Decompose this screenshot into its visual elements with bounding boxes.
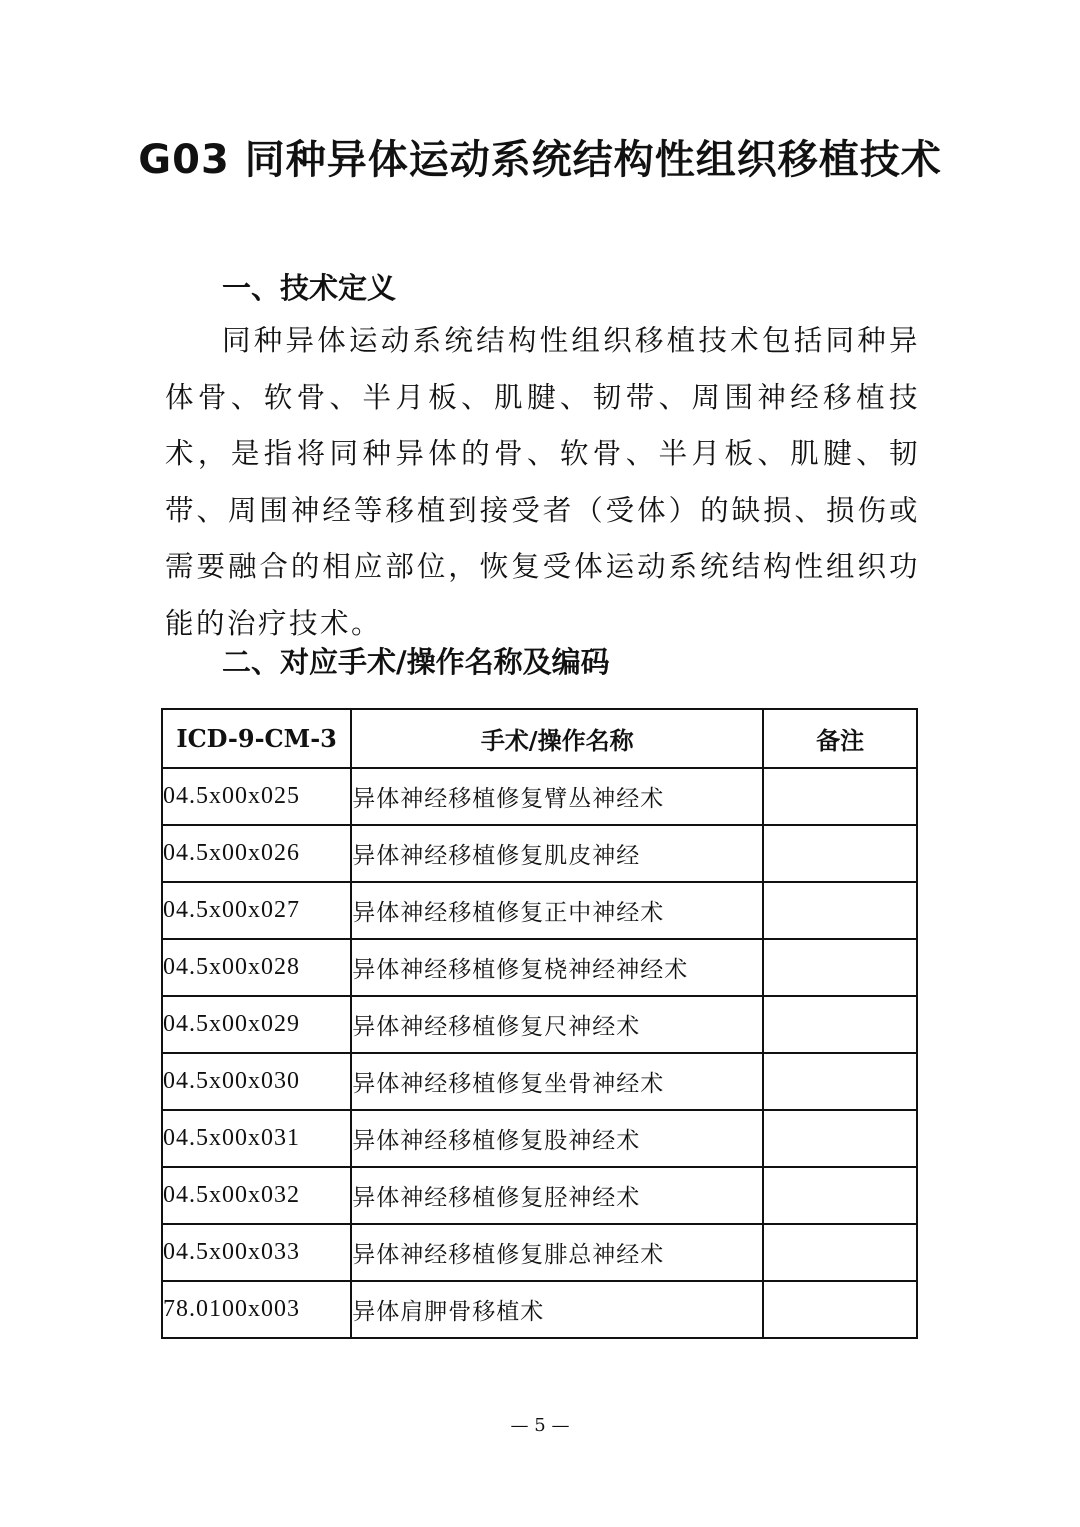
note-cell [763,882,917,939]
procedure-code-table: ICD-9-CM-3 手术/操作名称 备注 04.5x00x025 异体神经移植… [161,708,918,1339]
name-cell: 异体神经移植修复正中神经术 [351,882,763,939]
name-cell: 异体神经移植修复尺神经术 [351,996,763,1053]
column-header-note: 备注 [763,709,917,768]
document-title: G03 同种异体运动系统结构性组织移植技术 [0,128,1080,185]
code-cell: 04.5x00x031 [162,1110,351,1167]
code-cell: 04.5x00x032 [162,1167,351,1224]
table-row: 04.5x00x030 异体神经移植修复坐骨神经术 [162,1053,917,1110]
note-cell [763,768,917,825]
name-cell: 异体神经移植修复股神经术 [351,1110,763,1167]
note-cell [763,1110,917,1167]
table-row: 04.5x00x028 异体神经移植修复桡神经神经术 [162,939,917,996]
code-cell: 04.5x00x026 [162,825,351,882]
code-cell: 04.5x00x033 [162,1224,351,1281]
note-cell [763,1053,917,1110]
note-cell [763,939,917,996]
section-heading-procedures: 二、对应手术/操作名称及编码 [222,640,610,681]
table-row: 04.5x00x033 异体神经移植修复腓总神经术 [162,1224,917,1281]
table-row: 78.0100x003 异体肩胛骨移植术 [162,1281,917,1338]
code-cell: 04.5x00x030 [162,1053,351,1110]
note-cell [763,1167,917,1224]
name-cell: 异体神经移植修复腓总神经术 [351,1224,763,1281]
table-row: 04.5x00x026 异体神经移植修复肌皮神经 [162,825,917,882]
name-cell: 异体神经移植修复桡神经神经术 [351,939,763,996]
code-cell: 78.0100x003 [162,1281,351,1338]
section-heading-definition: 一、技术定义 [222,266,396,307]
note-cell [763,996,917,1053]
code-cell: 04.5x00x027 [162,882,351,939]
code-cell: 04.5x00x025 [162,768,351,825]
note-cell [763,1281,917,1338]
note-cell [763,1224,917,1281]
name-cell: 异体肩胛骨移植术 [351,1281,763,1338]
table-header-row: ICD-9-CM-3 手术/操作名称 备注 [162,709,917,768]
table-row: 04.5x00x029 异体神经移植修复尺神经术 [162,996,917,1053]
page-number: — 5 — [0,1415,1080,1436]
name-cell: 异体神经移植修复臂丛神经术 [351,768,763,825]
table-row: 04.5x00x031 异体神经移植修复股神经术 [162,1110,917,1167]
table-row: 04.5x00x025 异体神经移植修复臂丛神经术 [162,768,917,825]
code-cell: 04.5x00x028 [162,939,351,996]
column-header-name: 手术/操作名称 [351,709,763,768]
code-cell: 04.5x00x029 [162,996,351,1053]
name-cell: 异体神经移植修复坐骨神经术 [351,1053,763,1110]
definition-paragraph: 同种异体运动系统结构性组织移植技术包括同种异体骨、软骨、半月板、肌腱、韧带、周围… [165,313,920,652]
note-cell [763,825,917,882]
table-row: 04.5x00x027 异体神经移植修复正中神经术 [162,882,917,939]
name-cell: 异体神经移植修复胫神经术 [351,1167,763,1224]
name-cell: 异体神经移植修复肌皮神经 [351,825,763,882]
column-header-code: ICD-9-CM-3 [162,709,351,768]
table-row: 04.5x00x032 异体神经移植修复胫神经术 [162,1167,917,1224]
